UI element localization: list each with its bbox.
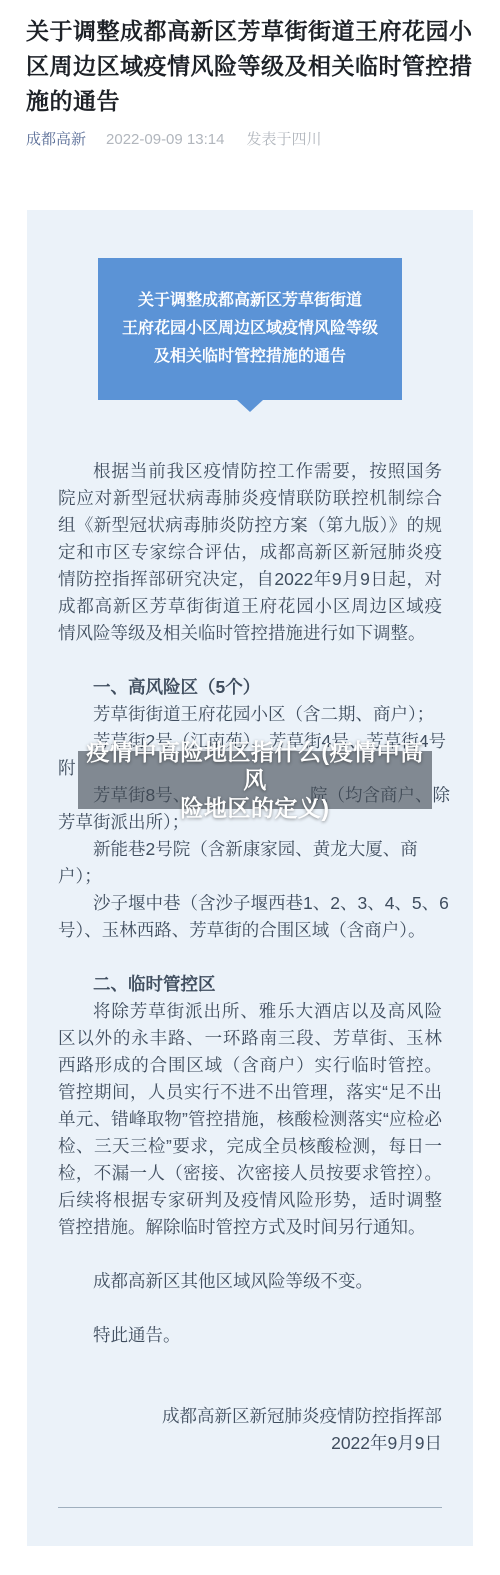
notice-card: 关于调整成都高新区芳草街街道 王府花园小区周边区域疫情风险等级 及相关临时管控措… <box>27 210 473 1546</box>
banner-line: 及相关临时管控措施的通告 <box>98 343 402 371</box>
risk-line: 号）、玉林西路、芳草街的合围区域（含商户）。 <box>58 917 442 944</box>
account-link[interactable]: 成都高新 <box>26 129 86 151</box>
risk-line: 户）； <box>58 863 442 890</box>
publish-datetime: 2022-09-09 13:14 <box>106 129 224 151</box>
banner-line: 王府花园小区周边区域疫情风险等级 <box>98 315 402 343</box>
section-heading-temp-control: 二、临时管控区 <box>58 971 442 998</box>
signature-date: 2022年9月9日 <box>58 1430 442 1457</box>
risk-line: 芳草街街道王府花园小区（含二期、商户）； <box>58 701 442 728</box>
intro-paragraph: 根据当前我区疫情防控工作需要，按照国务院应对新型冠状病毒肺炎疫情联防联控机制综合… <box>58 458 442 647</box>
article-header: 关于调整成都高新区芳草街街道王府花园小区周边区域疫情风险等级及相关临时管控措施的… <box>0 0 500 151</box>
notice-banner: 关于调整成都高新区芳草街街道 王府花园小区周边区域疫情风险等级 及相关临时管控措… <box>98 258 402 400</box>
other-areas-paragraph: 成都高新区其他区域风险等级不变。 <box>58 1268 442 1295</box>
risk-line: 沙子堰中巷（含沙子堰西巷1、2、3、4、5、6 <box>58 890 442 917</box>
section-heading-high-risk: 一、高风险区（5个） <box>58 674 442 701</box>
watermark-line: 险地区的定义) <box>78 794 432 822</box>
article-title: 关于调整成都高新区芳草街街道王府花园小区周边区域疫情风险等级及相关临时管控措施的… <box>26 14 474 119</box>
high-risk-area-list: 芳草街街道王府花园小区（含二期、商户）； 芳草街2号（江南苑）、芳草街4号、芳草… <box>58 701 442 944</box>
signature-issuer: 成都高新区新冠肺炎疫情防控指挥部 <box>58 1403 442 1430</box>
closing-paragraph: 特此通告。 <box>58 1322 442 1349</box>
temp-control-paragraph: 将除芳草街派出所、雅乐大酒店以及高风险区以外的永丰路、一环路南三段、芳草街、玉林… <box>58 998 442 1241</box>
watermark-line: 疫情中高险地区指什么(疫情中高风 <box>78 738 432 794</box>
notice-body: 根据当前我区疫情防控工作需要，按照国务院应对新型冠状病毒肺炎疫情联防联控机制综合… <box>58 458 442 1508</box>
article-meta: 成都高新 2022-09-09 13:14 发表于四川 <box>26 129 474 151</box>
banner-line: 关于调整成都高新区芳草街街道 <box>98 287 402 315</box>
watermark-overlay: 疫情中高险地区指什么(疫情中高风 险地区的定义) <box>78 751 432 809</box>
publish-location: 发表于四川 <box>246 129 321 151</box>
banner-pointer <box>237 400 263 412</box>
footer-divider <box>58 1507 442 1508</box>
risk-line: 新能巷2号院（含新康家园、黄龙大厦、商 <box>58 836 442 863</box>
